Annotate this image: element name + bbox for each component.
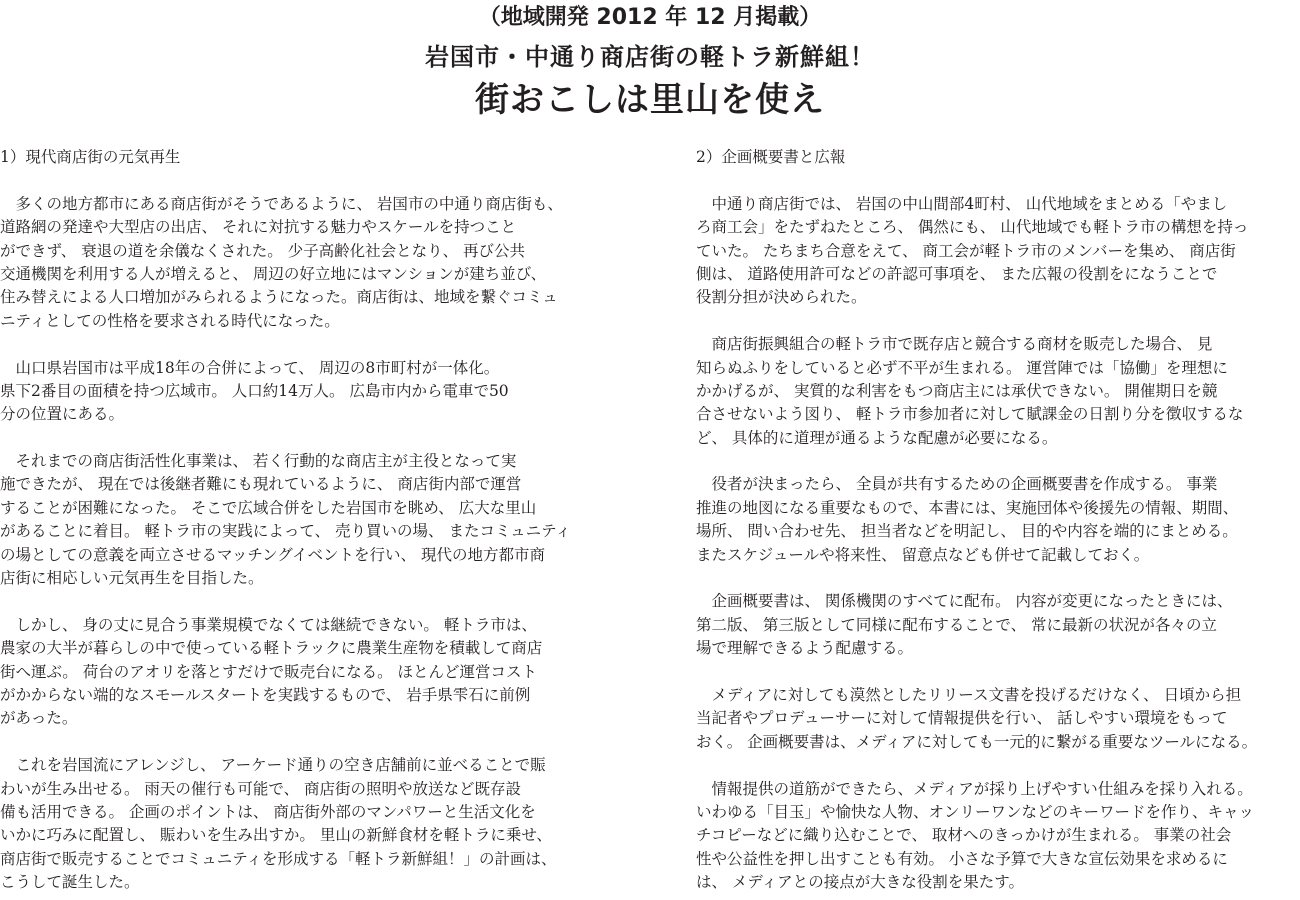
text-line: がかからない端的なスモールスタートを実践するもので、 岩手県雫石に前例 (0, 684, 600, 707)
paragraph: メディアに対しても漠然としたリリース文書を投げるだけなく、 日頃から担 当記者や… (696, 684, 1296, 754)
text-line: 街へ運ぶ。 荷台のアオリを落とすだけで販売台になる。 ほとんど運営コスト (0, 661, 600, 684)
text-line: チコピーなどに織り込むことで、 取材へのきっかけが生まれる。 事業の社会 (696, 824, 1296, 847)
article-subtitle: 岩国市・中通り商店街の軽トラ新鮮組！ (0, 42, 1300, 72)
text-line: 交通機関を利用する人が増えると、 周辺の好立地にはマンションが建ち並び、 (0, 263, 600, 286)
text-line: することが困難になった。 そこで広域合併をした岩国市を眺め、 広大な里山 (0, 497, 600, 520)
paragraph: 情報提供の道筋ができたら、メディアが採り上げやすい仕組みを採り入れる。 いわゆる… (696, 778, 1296, 895)
paragraph: これを岩国流にアレンジし、 アーケード通りの空き店舗前に並べることで賑 わいが生… (0, 754, 600, 894)
paragraph: 中通り商店街では、 岩国の中山間部4町村、 山代地域をまとめる「やまし ろ商工会… (696, 193, 1296, 310)
text-line: 当記者やプロデューサーに対して情報提供を行い、 話しやすい環境をもって (696, 707, 1296, 730)
text-line: 店街に相応しい元気再生を目指した。 (0, 567, 600, 590)
paragraph: 山口県岩国市は平成18年の合併によって、 周辺の8市町村が一体化。 県下2番目の… (0, 357, 600, 427)
text-line: 施できたが、 現在では後継者難にも現れているように、 商店街内部で運営 (0, 473, 600, 496)
paragraph: しかし、 身の丈に見合う事業規模でなくては継続できない。 軽トラ市は、 農家の大… (0, 614, 600, 731)
text-line: いかに巧みに配置し、 賑わいを生み出すか。 里山の新鮮食材を軽トラに乗せ、 (0, 824, 600, 847)
paragraph: 役者が決まったら、 全員が共有するための企画概要書を作成する。 事業 推進の地図… (696, 473, 1296, 567)
text-line: 性や公益性を押し出すことも有効。 小さな予算で大きな宣伝効果を求めるに (696, 848, 1296, 871)
text-line: 知らぬふりをしていると必ず不平が生まれる。 運営陣では「協働」を理想に (696, 357, 1296, 380)
text-line: 推進の地図になる重要なもので、本書には、実施団体や後援先の情報、期間、 (696, 497, 1296, 520)
text-line: いわゆる「目玉」や愉快な人物、オンリーワンなどのキーワードを作り、キャッ (696, 801, 1296, 824)
paragraph: それまでの商店街活性化事業は、 若く行動的な商店主が主役となって実 施できたが、… (0, 450, 600, 590)
text-line: またスケジュールや将来性、 留意点なども併せて記載しておく。 (696, 544, 1296, 567)
text-line: があることに着目。 軽トラ市の実践によって、 売り買いの場、 またコミュニティ (0, 520, 600, 543)
text-line: これを岩国流にアレンジし、 アーケード通りの空き店舗前に並べることで賑 (0, 754, 600, 777)
text-line: 備も活用できる。 企画のポイントは、 商店街外部のマンパワーと生活文化を (0, 801, 600, 824)
text-line: ニティとしての性格を要求される時代になった。 (0, 310, 600, 333)
text-line: メディアに対しても漠然としたリリース文書を投げるだけなく、 日頃から担 (696, 684, 1296, 707)
text-line: 農家の大半が暮らしの中で使っている軽トラックに農業生産物を積載して商店 (0, 637, 600, 660)
text-line: こうして誕生した。 (0, 871, 600, 894)
text-line: 山口県岩国市は平成18年の合併によって、 周辺の8市町村が一体化。 (0, 357, 600, 380)
text-line: ど、 具体的に道理が通るような配慮が必要になる。 (696, 427, 1296, 450)
text-line: おく。 企画概要書は、メディアに対しても一元的に繋がる重要なツールになる。 (696, 731, 1296, 754)
text-line: かかげるが、 実質的な利害をもつ商店主には承伏できない。 開催期日を競 (696, 380, 1296, 403)
text-line: 県下2番目の面積を持つ広域市。 人口約14万人。 広島市内から電車で50 (0, 380, 600, 403)
text-line: ていた。 たちまち合意をえて、 商工会が軽トラ市のメンバーを集め、 商店街 (696, 240, 1296, 263)
text-line: 商店街振興組合の軽トラ市で既存店と競合する商材を販売した場合、 見 (696, 333, 1296, 356)
text-line: ろ商工会」をたずねたところ、 偶然にも、 山代地域でも軽トラ市の構想を持っ (696, 216, 1296, 239)
publication-note: （地域開発 2012 年 12 月掲載） (0, 4, 1300, 32)
section-heading-2: 2）企画概要書と広報 (696, 146, 1296, 169)
text-line: 合させないよう図り、 軽トラ市参加者に対して賦課金の日割り分を徴収するな (696, 403, 1296, 426)
text-line: があった。 (0, 707, 600, 730)
column-right: 2）企画概要書と広報 中通り商店街では、 岩国の中山間部4町村、 山代地域をまと… (696, 146, 1296, 895)
paragraph: 企画概要書は、 関係機関のすべてに配布。 内容が変更になったときには、 第二版、… (696, 590, 1296, 660)
article-title: 街おこしは里山を使え (0, 79, 1300, 121)
text-line: 中通り商店街では、 岩国の中山間部4町村、 山代地域をまとめる「やまし (696, 193, 1296, 216)
text-line: わいが生み出せる。 雨天の催行も可能で、 商店街の照明や放送など既存設 (0, 778, 600, 801)
text-line: 企画概要書は、 関係機関のすべてに配布。 内容が変更になったときには、 (696, 590, 1296, 613)
text-line: 場所、 問い合わせ先、 担当者などを明記し、 目的や内容を端的にまとめる。 (696, 520, 1296, 543)
paragraph: 商店街振興組合の軽トラ市で既存店と競合する商材を販売した場合、 見 知らぬふりを… (696, 333, 1296, 450)
text-line: 役者が決まったら、 全員が共有するための企画概要書を作成する。 事業 (696, 473, 1296, 496)
text-line: 道路網の発達や大型店の出店、 それに対抗する魅力やスケールを持つこと (0, 216, 600, 239)
text-line: の場としての意義を両立させるマッチングイベントを行い、 現代の地方都市商 (0, 544, 600, 567)
text-line: 役割分担が決められた。 (696, 286, 1296, 309)
text-line: 第二版、 第三版として同様に配布することで、 常に最新の状況が各々の立 (696, 614, 1296, 637)
text-line: 分の位置にある。 (0, 403, 600, 426)
text-line: ができず、 衰退の道を余儀なくされた。 少子高齢化社会となり、 再び公共 (0, 240, 600, 263)
text-line: しかし、 身の丈に見合う事業規模でなくては継続できない。 軽トラ市は、 (0, 614, 600, 637)
text-line: 場で理解できるよう配慮する。 (696, 637, 1296, 660)
text-line: 商店街で販売することでコミュニティを形成する「軽トラ新鮮組！」の計画は、 (0, 848, 600, 871)
text-line: それまでの商店街活性化事業は、 若く行動的な商店主が主役となって実 (0, 450, 600, 473)
column-left: 1）現代商店街の元気再生 多くの地方都市にある商店街がそうであるように、 岩国市… (0, 146, 600, 895)
text-line: 多くの地方都市にある商店街がそうであるように、 岩国市の中通り商店街も、 (0, 193, 600, 216)
text-line: 住み替えによる人口増加がみられるようになった。商店街は、地域を繋ぐコミュ (0, 286, 600, 309)
text-line: 情報提供の道筋ができたら、メディアが採り上げやすい仕組みを採り入れる。 (696, 778, 1296, 801)
text-line: 側は、 道路使用許可などの許認可事項を、 また広報の役割をになうことで (696, 263, 1296, 286)
paragraph: 多くの地方都市にある商店街がそうであるように、 岩国市の中通り商店街も、 道路網… (0, 193, 600, 333)
text-line: は、 メディアとの接点が大きな役割を果たす。 (696, 871, 1296, 894)
section-heading-1: 1）現代商店街の元気再生 (0, 146, 600, 169)
